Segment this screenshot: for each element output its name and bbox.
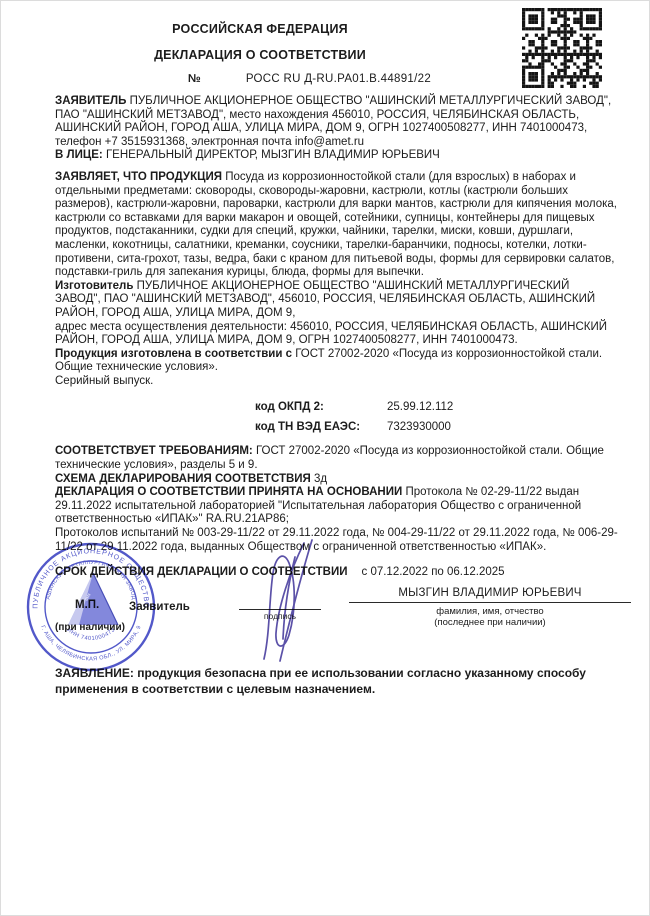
tnved-row: код ТН ВЭД ЕАЭС: 7323930000 [255,417,618,437]
handwritten-signature [238,537,348,665]
svg-text:Г. АША, ЧЕЛЯБИНСКАЯ ОБЛ., УЛ.: Г. АША, ЧЕЛЯБИНСКАЯ ОБЛ., УЛ. МИРА, 9 [39,625,143,663]
product-paragraph: ЗАЯВЛЯЕТ, ЧТО ПРОДУКЦИЯ Посуда из корроз… [55,171,618,280]
validity-dates: с 07.12.2022 по 06.12.2025 [362,566,505,578]
in-person-line: В ЛИЦЕ: ГЕНЕРАЛЬНЫЙ ДИРЕКТОР, МЫЗГИН ВЛА… [55,149,618,163]
country-title: РОССИЙСКАЯ ФЕДЕРАЦИЯ [55,22,465,36]
in-person-label: В ЛИЦЕ: [55,149,103,161]
declaration-document: РОССИЙСКАЯ ФЕДЕРАЦИЯ ДЕКЛАРАЦИЯ О СООТВЕ… [0,0,650,916]
tnved-value: 7323930000 [387,417,451,437]
svg-text:ИНН 7401000473: ИНН 7401000473 [65,627,116,642]
gost-line: Продукция изготовлена в соответствии с Г… [55,348,618,375]
name-caption-1: фамилия, имя, отчество [349,606,631,617]
codes-block: код ОКПД 2: 25.99.12.112 код ТН ВЭД ЕАЭС… [255,397,618,437]
serial-release: Серийный выпуск. [55,375,618,389]
product-label: ЗАЯВЛЯЕТ, ЧТО ПРОДУКЦИЯ [55,171,222,183]
scheme-value: 3д [314,473,327,485]
requirements-paragraph: СООТВЕТСТВУЕТ ТРЕБОВАНИЯМ: ГОСТ 27002-20… [55,445,618,472]
applicant-paragraph: ЗАЯВИТЕЛЬ ПУБЛИЧНОЕ АКЦИОНЕРНОЕ ОБЩЕСТВО… [55,95,618,149]
manufacturer-label: Изготовитель [55,280,133,292]
signatory-name-block: МЫЗГИН ВЛАДИМИР ЮРЬЕВИЧ фамилия, имя, от… [349,587,631,628]
scheme-line: СХЕМА ДЕКЛАРИРОВАНИЯ СООТВЕТСТВИЯ 3д [55,473,618,487]
product-text: Посуда из коррозионностойкой стали (для … [55,171,617,278]
stamp-inn-text: ИНН 7401000473 [65,627,116,642]
name-caption-2: (последнее при наличии) [349,617,631,628]
applicant-text: ПУБЛИЧНОЕ АКЦИОНЕРНОЕ ОБЩЕСТВО "АШИНСКИЙ… [55,95,611,148]
manufacturer-paragraph: Изготовитель ПУБЛИЧНОЕ АКЦИОНЕРНОЕ ОБЩЕС… [55,280,618,321]
company-stamp: ПУБЛИЧНОЕ АКЦИОНЕРНОЕ ОБЩЕСТВО Г. АША, Ч… [24,540,158,674]
stamp-triangle-logo: амз [68,573,118,625]
scheme-label: СХЕМА ДЕКЛАРИРОВАНИЯ СООТВЕТСТВИЯ [55,473,311,485]
tnved-label: код ТН ВЭД ЕАЭС: [255,417,387,437]
number-sign: № [188,73,201,85]
declaration-number: РОСС RU Д-RU.РА01.В.44891/22 [246,73,431,85]
document-header: РОССИЙСКАЯ ФЕДЕРАЦИЯ ДЕКЛАРАЦИЯ О СООТВЕ… [55,22,465,62]
signatory-name: МЫЗГИН ВЛАДИМИР ЮРЬЕВИЧ [349,587,631,603]
manufacturer-address: адрес места осуществления деятельности: … [55,321,618,348]
okpd-row: код ОКПД 2: 25.99.12.112 [255,397,618,417]
stamp-ring-bottom-text: Г. АША, ЧЕЛЯБИНСКАЯ ОБЛ., УЛ. МИРА, 9 [39,625,143,663]
requirements-label: СООТВЕТСТВУЕТ ТРЕБОВАНИЯМ: [55,445,253,457]
document-title: ДЕКЛАРАЦИЯ О СООТВЕТСТВИИ [55,48,465,62]
declaration-number-row: № РОСС RU Д-RU.РА01.В.44891/22 [188,73,618,85]
gost-label: Продукция изготовлена в соответствии с [55,348,292,360]
okpd-value: 25.99.12.112 [387,397,453,417]
okpd-label: код ОКПД 2: [255,397,387,417]
in-person-text: ГЕНЕРАЛЬНЫЙ ДИРЕКТОР, МЫЗГИН ВЛАДИМИР ЮР… [106,149,440,161]
basis-label: ДЕКЛАРАЦИЯ О СООТВЕТСТВИИ ПРИНЯТА НА ОСН… [55,486,402,498]
manufacturer-text: ПУБЛИЧНОЕ АКЦИОНЕРНОЕ ОБЩЕСТВО "АШИНСКИЙ… [55,280,595,319]
basis-paragraph: ДЕКЛАРАЦИЯ О СООТВЕТСТВИИ ПРИНЯТА НА ОСН… [55,486,618,527]
applicant-label: ЗАЯВИТЕЛЬ [55,95,126,107]
